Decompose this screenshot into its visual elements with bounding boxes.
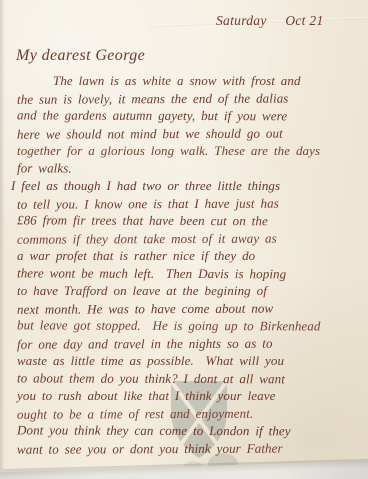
paper-left-edge-shadow bbox=[0, 0, 5, 469]
letter-line: £86 from fir trees that have been cut on… bbox=[17, 211, 363, 230]
letter-line: I feel as though I had two or three litt… bbox=[11, 177, 363, 195]
letter-line: to tell you. I know one is that I have j… bbox=[17, 194, 363, 213]
letter-line: waste as little time as possible. What w… bbox=[17, 352, 363, 370]
letter-line: for walks. bbox=[17, 159, 363, 178]
letter-line: and the gardens autumn gayety, but if yo… bbox=[17, 106, 363, 125]
letter-body: The lawn is as white a snow with frost a… bbox=[17, 72, 363, 457]
letter-line: next month. He was to have come about no… bbox=[17, 299, 363, 318]
letter-line: The lawn is as white a snow with frost a… bbox=[17, 72, 363, 90]
letter-line: ought to be a time of rest and enjoyment… bbox=[17, 404, 363, 423]
letter-salutation: My dearest George bbox=[16, 47, 145, 65]
letter-line: but leave got stopped. He is going up to… bbox=[17, 316, 363, 335]
letter-line: commons if they dont take most of it awa… bbox=[17, 229, 363, 248]
letter-date: Saturday Oct 21 bbox=[216, 13, 324, 29]
letter-line: Dont you think they can come to London i… bbox=[17, 421, 363, 440]
letter-paper: Saturday Oct 21 My dearest George The la… bbox=[0, 0, 368, 479]
letter-line: the sun is lovely, it means the end of t… bbox=[17, 89, 363, 108]
letter-line: together for a glorious long walk. These… bbox=[17, 142, 363, 160]
letter-line: there wont be much left. Then Davis is h… bbox=[17, 264, 363, 283]
date-day: Saturday bbox=[216, 13, 267, 28]
letter-line: you to rush about like that I think your… bbox=[17, 387, 363, 405]
letter-line: to about them do you think? I dont at al… bbox=[17, 369, 363, 388]
letter-line: want to see you or dont you think your F… bbox=[17, 439, 363, 458]
letter-line: a war profet that is rather nice if they… bbox=[17, 247, 363, 265]
date-value: Oct 21 bbox=[285, 13, 323, 28]
letter-line: to have Trafford on leave at the beginin… bbox=[17, 282, 363, 300]
letter-line: for one day and travel in the nights so … bbox=[17, 334, 363, 353]
letter-photo: Saturday Oct 21 My dearest George The la… bbox=[0, 0, 368, 479]
letter-line: here we should not mind but we should go… bbox=[17, 124, 363, 143]
